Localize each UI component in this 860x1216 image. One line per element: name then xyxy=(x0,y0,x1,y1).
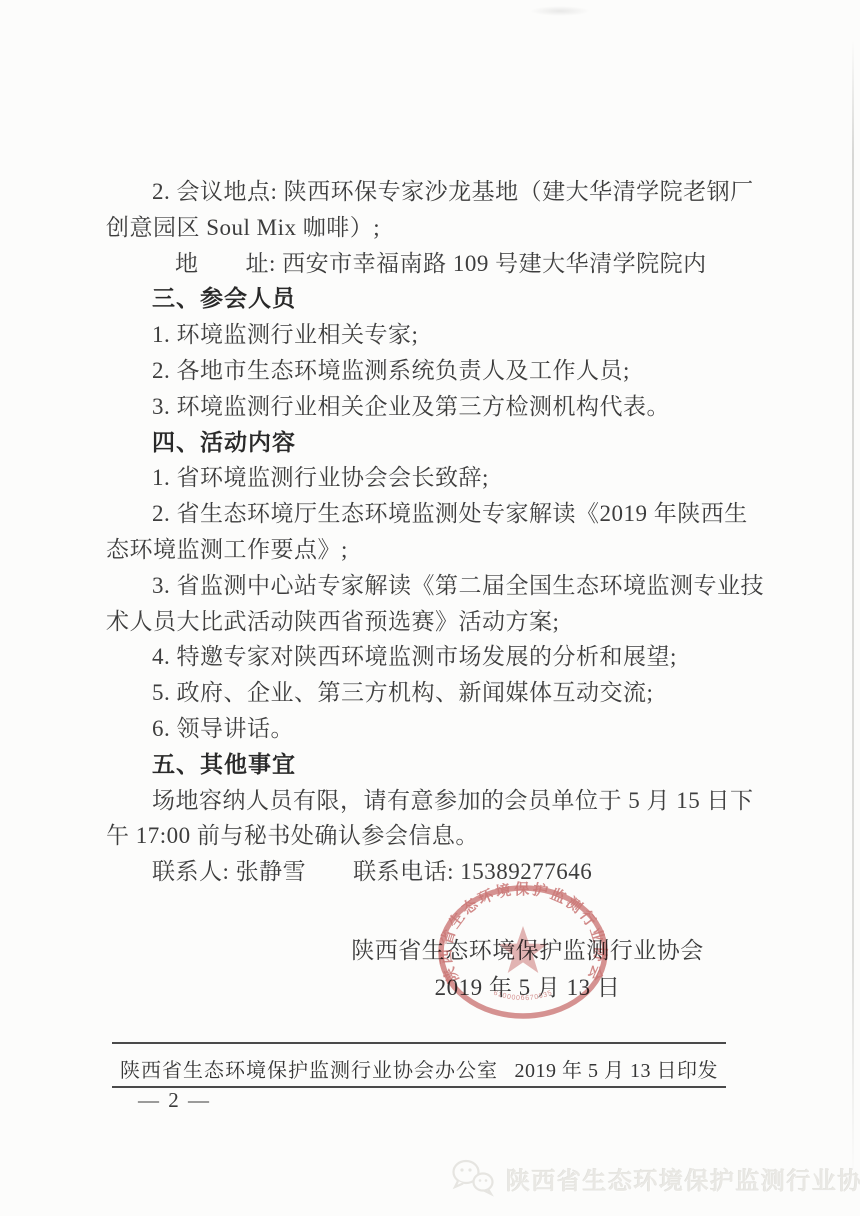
watermark: 陕西省生态环境保护监测行业协会 xyxy=(450,1158,860,1198)
document-line: 5. 政府、企业、第三方机构、新闻媒体互动交流; xyxy=(106,675,754,711)
document-line: 术人员大比武活动陕西省预选赛》活动方案; xyxy=(106,604,754,640)
scanned-document-page: 2. 会议地点: 陕西环保专家沙龙基地（建大华清学院老钢厂创意园区 Soul M… xyxy=(0,0,860,1216)
document-body: 2. 会议地点: 陕西环保专家沙龙基地（建大华清学院老钢厂创意园区 Soul M… xyxy=(106,174,754,890)
document-line: 3. 省监测中心站专家解读《第二届全国生态环境监测专业技 xyxy=(106,568,754,604)
scan-smudge-artifact xyxy=(530,6,590,16)
document-line: 1. 省环境监测行业协会会长致辞; xyxy=(106,460,754,496)
document-line: 4. 特邀专家对陕西环境监测市场发展的分析和展望; xyxy=(106,639,754,675)
document-line: 2. 省生态环境厅生态环境监测处专家解读《2019 年陕西生 xyxy=(106,496,754,532)
document-line: 6. 领导讲话。 xyxy=(106,711,754,747)
document-line: 五、其他事宜 xyxy=(106,747,754,783)
scan-right-edge-artifact xyxy=(852,40,854,1180)
document-line: 场地容纳人员有限，请有意参加的会员单位于 5 月 15 日下 xyxy=(106,783,754,819)
svg-text:6100006670935: 6100006670935 xyxy=(492,990,553,1003)
page-number: — 2 — xyxy=(138,1088,211,1113)
document-line: 三、参会人员 xyxy=(106,281,754,317)
document-line: 2. 各地市生态环境监测系统负责人及工作人员; xyxy=(106,353,754,389)
document-line: 四、活动内容 xyxy=(106,425,754,461)
document-line: 1. 环境监测行业相关专家; xyxy=(106,317,754,353)
footer-issue-date: 2019 年 5 月 13 日印发 xyxy=(515,1054,719,1083)
official-seal-stamp: 陕西省生态环境保护监测行业协会 6100006670935 xyxy=(423,867,623,1037)
red-star-icon xyxy=(498,926,547,973)
footer-rule-top xyxy=(112,1042,726,1044)
seal-serial-number: 6100006670935 xyxy=(492,990,553,1003)
footer-office: 陕西省生态环境保护监测行业协会办公室 xyxy=(120,1054,498,1083)
document-line: 创意园区 Soul Mix 咖啡）; xyxy=(106,210,754,246)
wechat-icon xyxy=(450,1158,496,1198)
watermark-text: 陕西省生态环境保护监测行业协会 xyxy=(506,1161,860,1196)
document-line: 3. 环境监测行业相关企业及第三方检测机构代表。 xyxy=(106,389,754,425)
document-line: 态环境监测工作要点》; xyxy=(106,532,754,568)
document-line: 午 17:00 前与秘书处确认参会信息。 xyxy=(106,818,754,854)
document-line: 地 址: 西安市幸福南路 109 号建大华清学院院内 xyxy=(106,246,754,282)
document-line: 2. 会议地点: 陕西环保专家沙龙基地（建大华清学院老钢厂 xyxy=(106,174,754,210)
